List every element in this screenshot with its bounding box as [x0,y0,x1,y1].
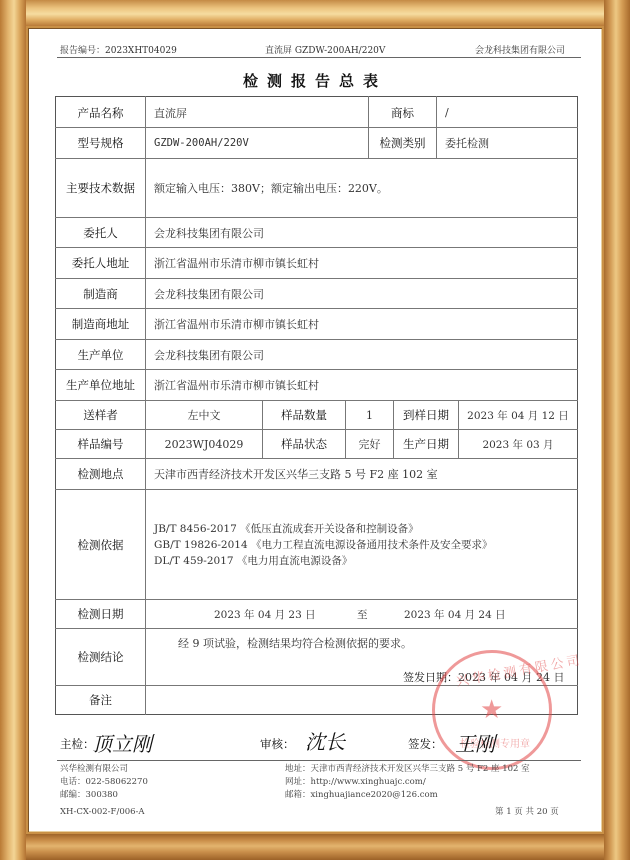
test-basis-line: JB/T 8456-2017 《低压直流成套开关设备和控制设备》 [154,521,419,537]
test-basis-line: DL/T 459-2017 《电力用直流电源设备》 [154,553,352,569]
value-trademark: / [437,97,577,128]
value-sender: 左中文 [146,401,262,429]
label-test-location: 检测地点 [56,459,145,489]
report-number-label: 报告编号： [60,46,105,56]
label-remarks: 备注 [56,686,145,714]
value-test-date: 2023 年 04 月 23 日 至 2023 年 04 月 24 日 [146,600,577,628]
value-producer: 会龙科技集团有限公司 [146,340,577,369]
footer-address: 地址：天津市西青经济技术开发区兴华三支路 5 号 F2 座 102 室 [285,763,530,776]
value-sample-no: 2023WJ04029 [146,430,262,458]
page-number: 第 1 页 共 20 页 [495,806,559,819]
col-divider [393,400,394,458]
header-company: 会龙科技集团有限公司 [475,43,565,56]
value-test-location: 天津市西青经济技术开发区兴华三支路 5 号 F2 座 102 室 [146,459,577,489]
reviewer-signature: 沈长 [305,726,345,755]
col-divider [368,96,369,158]
value-manufacturer: 会龙科技集团有限公司 [146,279,577,308]
value-conclusion: 经 9 项试验，检测结果均符合检测依据的要求。 [178,635,412,651]
value-model: GZDW-200AH/220V [146,128,368,158]
label-sample-no: 样品编号 [56,430,145,458]
value-sample-qty: 1 [346,401,393,429]
value-product-name: 直流屏 [146,97,368,128]
footer-divider [57,760,581,761]
header-divider [57,57,581,58]
col-divider [436,96,437,158]
footer-right: 地址：天津市西青经济技术开发区兴华三支路 5 号 F2 座 102 室 网址：h… [285,763,530,802]
seal-star-icon: ★ [480,695,503,725]
label-model: 型号规格 [56,128,145,158]
value-tech-data: 额定输入电压：380V；额定输出电压：220V。 [146,159,577,217]
page-title: 检测报告总表 [0,70,630,91]
test-date-to: 2023 年 04 月 24 日 [404,607,506,622]
label-manufacturer-address: 制造商地址 [56,309,145,339]
footer-email: 邮箱：xinghuajiance2020@126.com [285,789,530,802]
inspector-label: 主检： [60,736,95,752]
label-client: 委托人 [56,218,145,247]
label-tech-data: 主要技术数据 [56,159,145,217]
label-sample-qty: 样品数量 [263,401,345,429]
label-producer-address: 生产单位地址 [56,370,145,400]
value-producer-address: 浙江省温州市乐清市柳市镇长虹村 [146,370,577,400]
footer-left: 兴华检测有限公司 电话：022-58062270 邮编：300380 [60,763,148,802]
label-arrival-date: 到样日期 [394,401,458,429]
value-client: 会龙科技集团有限公司 [146,218,577,247]
test-basis-line: GB/T 19826-2014 《电力工程直流电源设备通用技术条件及安全要求》 [154,537,493,553]
value-client-address: 浙江省温州市乐清市柳市镇长虹村 [146,248,577,277]
header-product: 直流屏 GZDW-200AH/220V [265,43,385,56]
label-test-date: 检测日期 [56,600,145,628]
footer-website: 网址：http://www.xinghuajc.com/ [285,776,530,789]
label-trademark: 商标 [369,97,436,128]
reviewer-label: 审核： [260,736,295,752]
approver-signature: 王刚 [455,728,495,757]
col-divider [458,400,459,458]
label-column-divider [145,96,146,715]
footer-postcode: 邮编：300380 [60,789,148,802]
test-date-from: 2023 年 04 月 23 日 [214,607,316,622]
col-divider [345,400,346,458]
label-test-category: 检测类别 [369,128,436,158]
footer-company: 兴华检测有限公司 [60,763,148,776]
label-sender: 送样者 [56,401,145,429]
report-number-value: 2023XHT04029 [105,46,177,56]
value-test-category: 委托检测 [437,128,577,158]
test-date-to-label: 至 [357,607,368,622]
value-arrival-date: 2023 年 04 月 12 日 [459,401,577,429]
report-number: 报告编号：2023XHT04029 [60,43,177,56]
label-product-name: 产品名称 [56,97,145,128]
label-manufacturer: 制造商 [56,279,145,308]
approver-label: 签发： [408,736,443,752]
inspector-signature: 顶立刚 [92,728,152,757]
label-production-date: 生产日期 [394,430,458,458]
footer-phone: 电话：022-58062270 [60,776,148,789]
value-test-basis: JB/T 8456-2017 《低压直流成套开关设备和控制设备》 GB/T 19… [146,490,577,599]
label-producer: 生产单位 [56,340,145,369]
form-code: XH-CX-002-F/006-A [60,806,145,819]
label-test-basis: 检测依据 [56,490,145,599]
label-sample-state: 样品状态 [263,430,345,458]
value-manufacturer-address: 浙江省温州市乐清市柳市镇长虹村 [146,309,577,339]
col-divider [262,400,263,458]
label-client-address: 委托人地址 [56,248,145,277]
value-sample-state: 完好 [346,430,393,458]
label-conclusion: 检测结论 [56,629,145,685]
value-production-date: 2023 年 03 月 [459,430,577,458]
